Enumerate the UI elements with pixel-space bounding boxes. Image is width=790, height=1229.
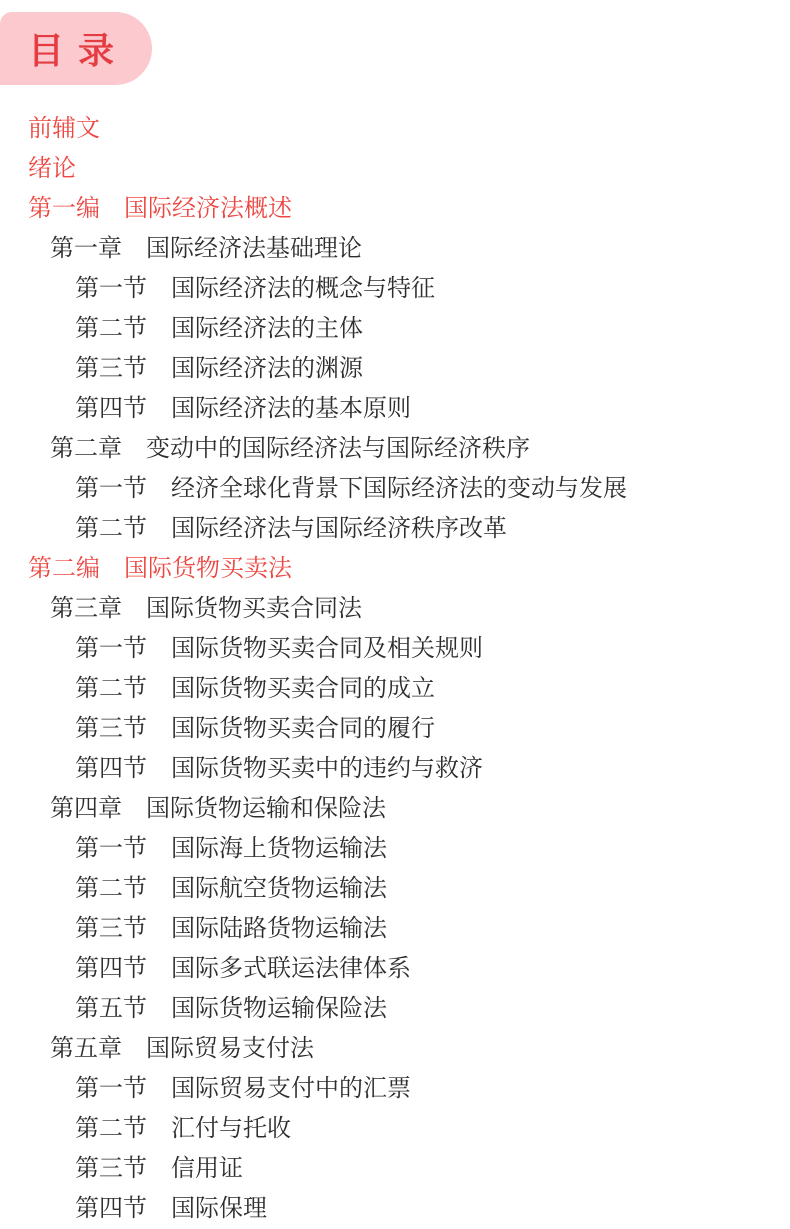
toc-item-title: 信用证 [171,1155,243,1182]
toc-item-title: 绪论 [28,155,76,182]
toc-header-badge: 目 录 [0,12,152,85]
toc-item-title: 国际货物运输和保险法 [146,795,386,822]
toc-item-number: 第三节 [75,1155,147,1182]
toc-item-number: 第一节 [75,475,147,502]
toc-item[interactable]: 第四节国际经济法的基本原则 [0,389,790,429]
toc-item[interactable]: 第二章变动中的国际经济法与国际经济秩序 [0,429,790,469]
toc-item[interactable]: 第一节经济全球化背景下国际经济法的变动与发展 [0,469,790,509]
toc-item[interactable]: 第一节国际货物买卖合同及相关规则 [0,629,790,669]
toc-item-number: 第四节 [75,755,147,782]
toc-item-title: 国际经济法的渊源 [171,355,363,382]
toc-item-title: 国际多式联运法律体系 [171,955,411,982]
toc-item[interactable]: 第一编国际经济法概述 [0,189,790,229]
toc-list: 前辅文 绪论 第一编国际经济法概述 第一章国际经济法基础理论 第一节国际经济法的… [0,109,790,1229]
toc-item[interactable]: 第二节国际航空货物运输法 [0,869,790,909]
toc-item-title: 国际贸易支付中的汇票 [171,1075,411,1102]
toc-item-title: 国际货物买卖法 [124,555,292,582]
toc-item-title: 国际陆路货物运输法 [171,915,387,942]
toc-item-title: 国际经济法与国际经济秩序改革 [171,515,507,542]
toc-item[interactable]: 第三节国际陆路货物运输法 [0,909,790,949]
toc-item-number: 第二节 [75,1115,147,1142]
toc-item[interactable]: 第五章国际贸易支付法 [0,1029,790,1069]
toc-item-title: 国际货物运输保险法 [171,995,387,1022]
toc-item-title: 国际货物买卖合同的成立 [171,675,435,702]
toc-item[interactable]: 第一节国际贸易支付中的汇票 [0,1069,790,1109]
toc-item-number: 第一节 [75,835,147,862]
toc-item-title: 国际货物买卖合同法 [146,595,362,622]
toc-item-title: 国际贸易支付法 [146,1035,314,1062]
toc-item-number: 第三节 [75,355,147,382]
toc-item-title: 国际保理 [171,1195,267,1222]
toc-item-number: 第四节 [75,1195,147,1222]
toc-item[interactable]: 第二节国际货物买卖合同的成立 [0,669,790,709]
toc-item-number: 第三章 [50,595,122,622]
toc-item[interactable]: 第四节国际多式联运法律体系 [0,949,790,989]
toc-item[interactable]: 前辅文 [0,109,790,149]
toc-item-title: 国际航空货物运输法 [171,875,387,902]
toc-item-number: 第一章 [50,235,122,262]
toc-item-number: 第一节 [75,1075,147,1102]
toc-item-title: 国际海上货物运输法 [171,835,387,862]
toc-item-number: 第二编 [28,555,100,582]
toc-item-title: 汇付与托收 [171,1115,291,1142]
toc-item-number: 第一编 [28,195,100,222]
toc-item-number: 第三节 [75,715,147,742]
toc-item-number: 第一节 [75,635,147,662]
toc-item[interactable]: 第一章国际经济法基础理论 [0,229,790,269]
toc-item-title: 国际经济法概述 [124,195,292,222]
toc-item-title: 国际经济法的主体 [171,315,363,342]
toc-item[interactable]: 第二节国际经济法的主体 [0,309,790,349]
toc-item[interactable]: 第三节国际货物买卖合同的履行 [0,709,790,749]
toc-item[interactable]: 第三节国际经济法的渊源 [0,349,790,389]
toc-item[interactable]: 第二节国际经济法与国际经济秩序改革 [0,509,790,549]
toc-item-number: 第四节 [75,955,147,982]
toc-item-number: 第三节 [75,915,147,942]
toc-item-title: 国际经济法的概念与特征 [171,275,435,302]
page-title: 目 录 [28,23,116,74]
toc-item[interactable]: 第二编国际货物买卖法 [0,549,790,589]
toc-item-title: 国际货物买卖合同及相关规则 [171,635,483,662]
toc-item-title: 经济全球化背景下国际经济法的变动与发展 [171,475,627,502]
toc-item[interactable]: 第一节国际海上货物运输法 [0,829,790,869]
toc-item-number: 第二节 [75,875,147,902]
toc-item-number: 第四章 [50,795,122,822]
toc-item-number: 第五节 [75,995,147,1022]
toc-item-title: 变动中的国际经济法与国际经济秩序 [146,435,530,462]
toc-item[interactable]: 第四节国际货物买卖中的违约与救济 [0,749,790,789]
toc-item[interactable]: 第三节信用证 [0,1149,790,1189]
toc-item-title: 国际经济法基础理论 [146,235,362,262]
toc-item-number: 第四节 [75,395,147,422]
toc-item[interactable]: 第四节国际保理 [0,1189,790,1229]
toc-item[interactable]: 第三章国际货物买卖合同法 [0,589,790,629]
toc-item-number: 第二节 [75,515,147,542]
toc-item-title: 前辅文 [28,115,100,142]
toc-item[interactable]: 第二节汇付与托收 [0,1109,790,1149]
toc-item-title: 国际货物买卖合同的履行 [171,715,435,742]
toc-item[interactable]: 第四章国际货物运输和保险法 [0,789,790,829]
toc-item-title: 国际货物买卖中的违约与救济 [171,755,483,782]
toc-page: 目 录 前辅文 绪论 第一编国际经济法概述 第一章国际经济法基础理论 第一节国际… [0,0,790,1229]
toc-item[interactable]: 第一节国际经济法的概念与特征 [0,269,790,309]
toc-item-number: 第五章 [50,1035,122,1062]
toc-item-number: 第二章 [50,435,122,462]
toc-item-number: 第二节 [75,315,147,342]
toc-item-title: 国际经济法的基本原则 [171,395,411,422]
toc-item-number: 第一节 [75,275,147,302]
toc-item[interactable]: 第五节国际货物运输保险法 [0,989,790,1029]
toc-item-number: 第二节 [75,675,147,702]
toc-item[interactable]: 绪论 [0,149,790,189]
